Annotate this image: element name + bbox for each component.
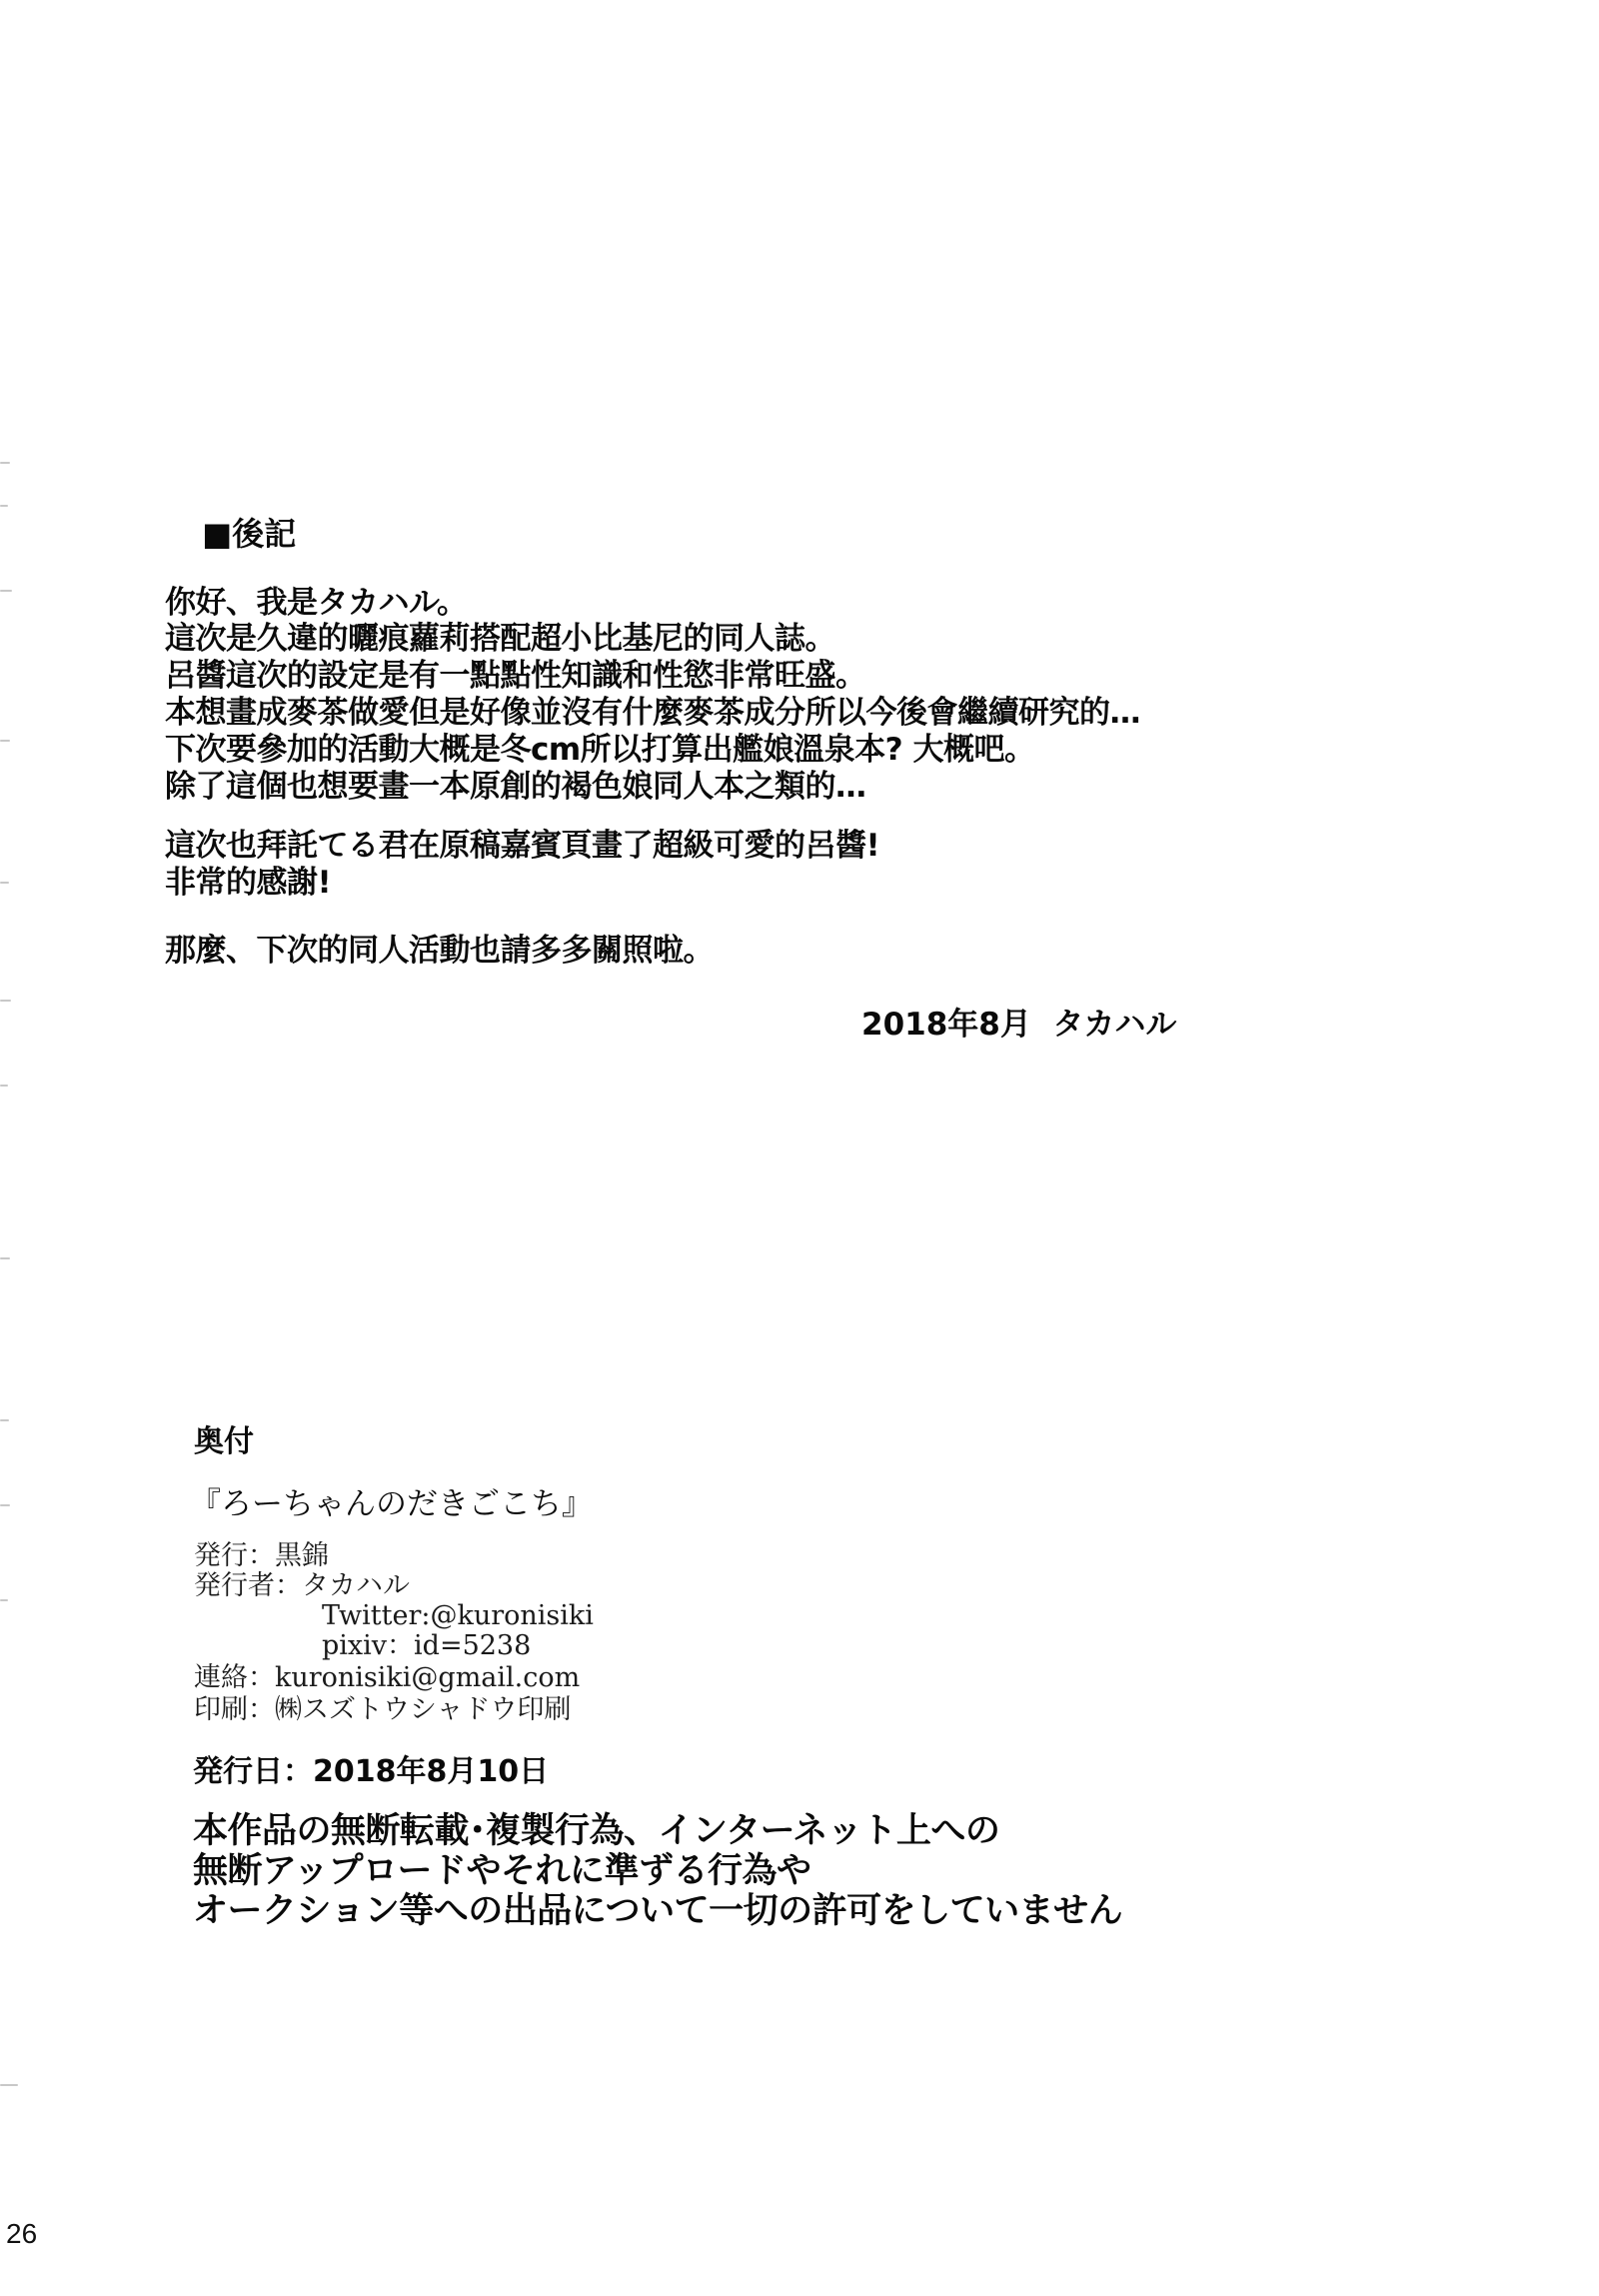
scan-mark <box>0 1085 8 1087</box>
scan-mark <box>0 1599 8 1601</box>
author-line: 発行者：タカハル <box>194 1571 410 1601</box>
afterword-line: 除了這個也想要畫一本原創的褐色娘同人本之類的… <box>165 768 866 806</box>
afterword-signature: 2018年8月 タカハル <box>861 1006 1176 1044</box>
pixiv-line: pixiv：id=5238 <box>322 1631 531 1661</box>
afterword-line: 下次要參加的活動大概是冬cm所以打算出艦娘溫泉本? 大概吧。 <box>165 731 1034 769</box>
issue-date: 発行日：2018年8月10日 <box>193 1753 549 1791</box>
book-title: 『ろーちゃんのだきごこち』 <box>190 1485 593 1523</box>
scan-mark <box>0 882 9 884</box>
afterword-line: 呂醬這次的設定是有一點點性知識和性慾非常旺盛。 <box>165 657 866 695</box>
publisher-line: 発行：黒錦 <box>194 1541 329 1571</box>
scan-mark <box>0 740 10 742</box>
scan-mark <box>0 505 8 507</box>
afterword-line: 這次是久違的曬痕蘿莉搭配超小比基尼的同人誌。 <box>165 620 835 658</box>
scan-mark <box>0 462 10 464</box>
twitter-line: Twitter:@kuronisiki <box>322 1601 594 1631</box>
copyright-notice-line: 本作品の無断転載･複製行為、インターネット上への <box>193 1811 999 1851</box>
scan-mark <box>0 1504 10 1506</box>
page-number: 26 <box>6 2217 37 2251</box>
scan-mark <box>0 1000 11 1002</box>
scan-mark <box>0 2084 18 2086</box>
afterword-line: 那麼、下次的同人活動也請多多關照啦。 <box>165 932 714 970</box>
copyright-notice-line: 無断アップロードやそれに準ずる行為や <box>193 1851 811 1891</box>
afterword-heading: ■後記 <box>202 514 296 554</box>
afterword-line: 非常的感謝! <box>165 864 331 902</box>
printer-line: 印刷：㈱スズトウシャドウ印刷 <box>194 1695 571 1725</box>
scan-mark <box>0 1257 10 1259</box>
afterword-line: 你好、我是タカハル。 <box>165 584 468 622</box>
scan-mark <box>0 1419 9 1421</box>
colophon-heading: 奥付 <box>194 1423 254 1461</box>
afterword-line: 本想畫成麥茶做愛但是好像並沒有什麼麥茶成分所以今後會繼續研究的… <box>165 694 1140 732</box>
scan-mark <box>0 590 12 592</box>
copyright-notice-line: オークション等への出品について一切の許可をしていません <box>193 1891 1122 1931</box>
afterword-line: 這次也拜託てる君在原稿嘉賓頁畫了超級可愛的呂醬! <box>165 827 879 865</box>
contact-line: 連絡：kuronisiki@gmail.com <box>194 1663 580 1693</box>
